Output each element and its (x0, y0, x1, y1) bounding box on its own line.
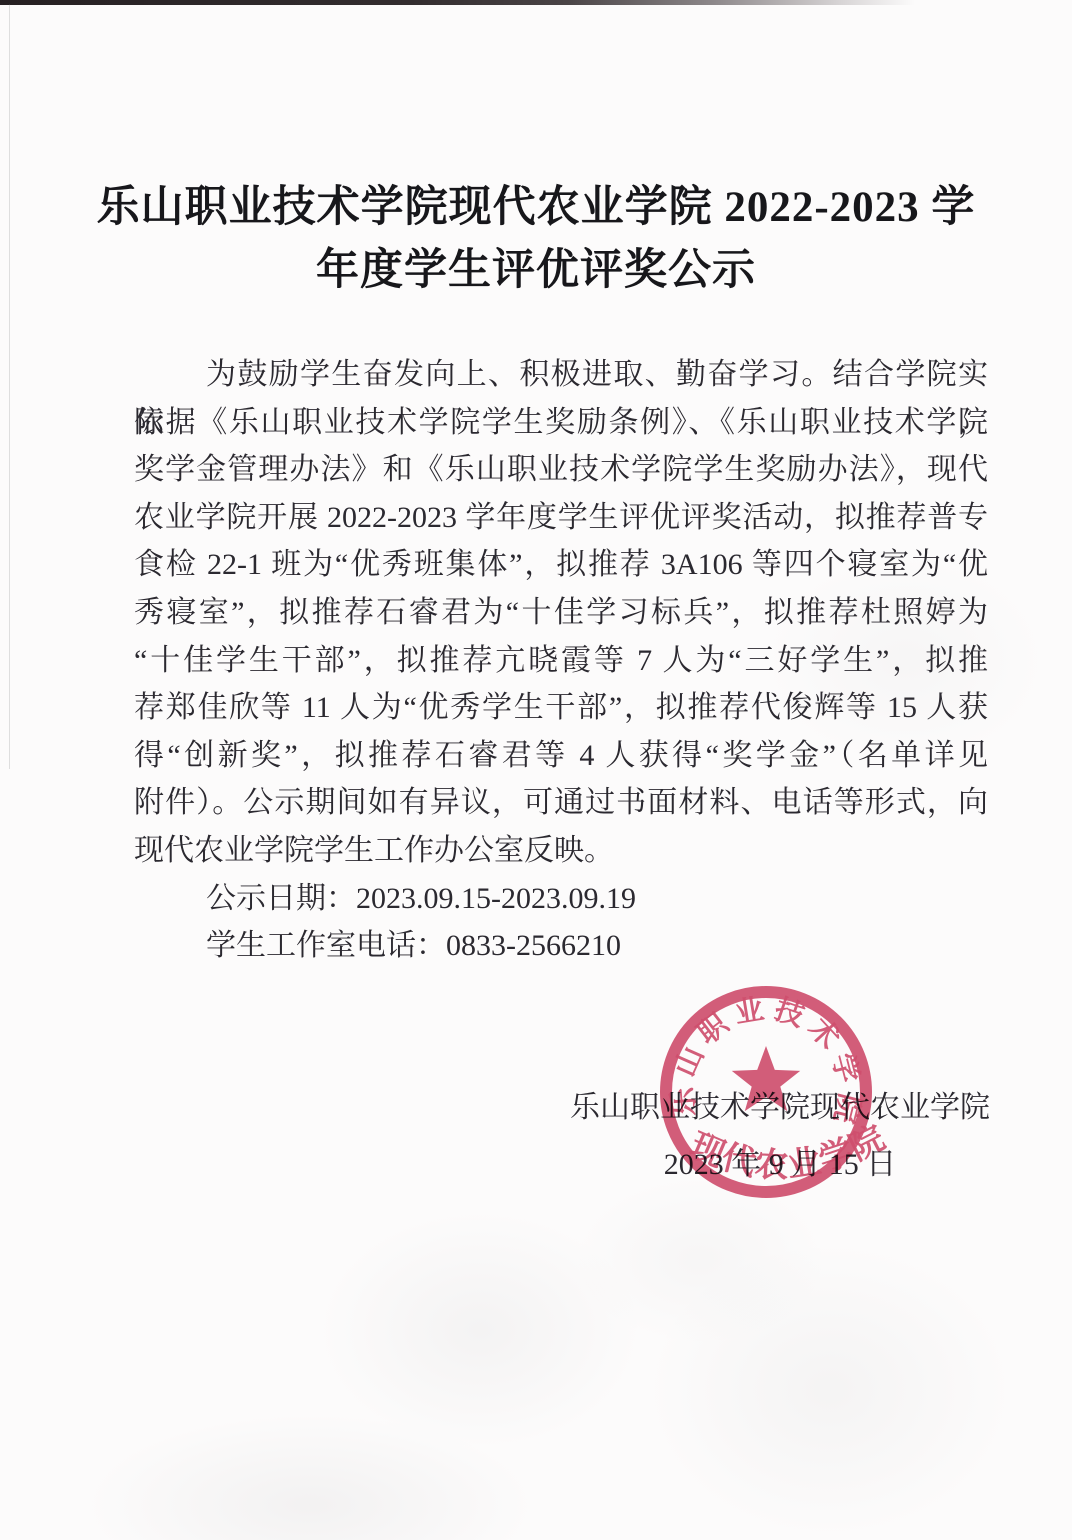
body-line: 秀寝室”，拟推荐石睿君为“十佳学习标兵”，拟推荐杜照婷为 (134, 589, 988, 637)
body-line: 农业学院开展 2022-2023 学年度学生评优评奖活动，拟推荐普专 (134, 494, 988, 542)
document-title-line2: 年度学生评优评奖公示 (60, 239, 1012, 302)
body-line: 食检 22-1 班为“优秀班集体”，拟推荐 3A106 等四个寝室为“优 (134, 541, 988, 589)
official-seal: 乐山职业技术学院 现代农业学院 (630, 945, 910, 1245)
body-line: 荐郑佳欣等 11 人为“优秀学生干部”，拟推荐代俊辉等 15 人获 (134, 684, 988, 732)
body-line: 依据《乐山职业技术学院学生奖励条例》、《乐山职业技术学院 (134, 399, 988, 447)
scan-left-edge (9, 4, 10, 769)
body-line: “十佳学生干部”，拟推荐亢晓霞等 7 人为“三好学生”，拟推 (134, 637, 988, 685)
publicity-date-line: 公示日期：2023.09.15-2023.09.19 (134, 875, 988, 923)
document-title: 乐山职业技术学院现代农业学院 2022-2023 学 年度学生评优评奖公示 (60, 176, 1012, 302)
scan-top-edge (0, 0, 915, 5)
body-line: 为鼓励学生奋发向上、积极进取、勤奋学习。结合学院实际， (134, 351, 988, 399)
body-line: 附件）。公示期间如有异议，可通过书面材料、电话等形式，向 (134, 779, 988, 827)
seal-star (732, 1046, 800, 1111)
body-line: 得“创新奖”，拟推荐石睿君等 4 人获得“奖学金”（名单详见 (134, 732, 988, 780)
body-line: 现代农业学院学生工作办公室反映。 (134, 827, 988, 875)
announcement-body: 为鼓励学生奋发向上、积极进取、勤奋学习。结合学院实际， 依据《乐山职业技术学院学… (134, 351, 988, 970)
document-title-line1: 乐山职业技术学院现代农业学院 2022-2023 学 (60, 176, 1012, 239)
scanned-document-page: 乐山职业技术学院现代农业学院 2022-2023 学 年度学生评优评奖公示 为鼓… (0, 0, 1072, 1540)
body-line: 奖学金管理办法》和《乐山职业技术学院学生奖励办法》，现代 (134, 446, 988, 494)
